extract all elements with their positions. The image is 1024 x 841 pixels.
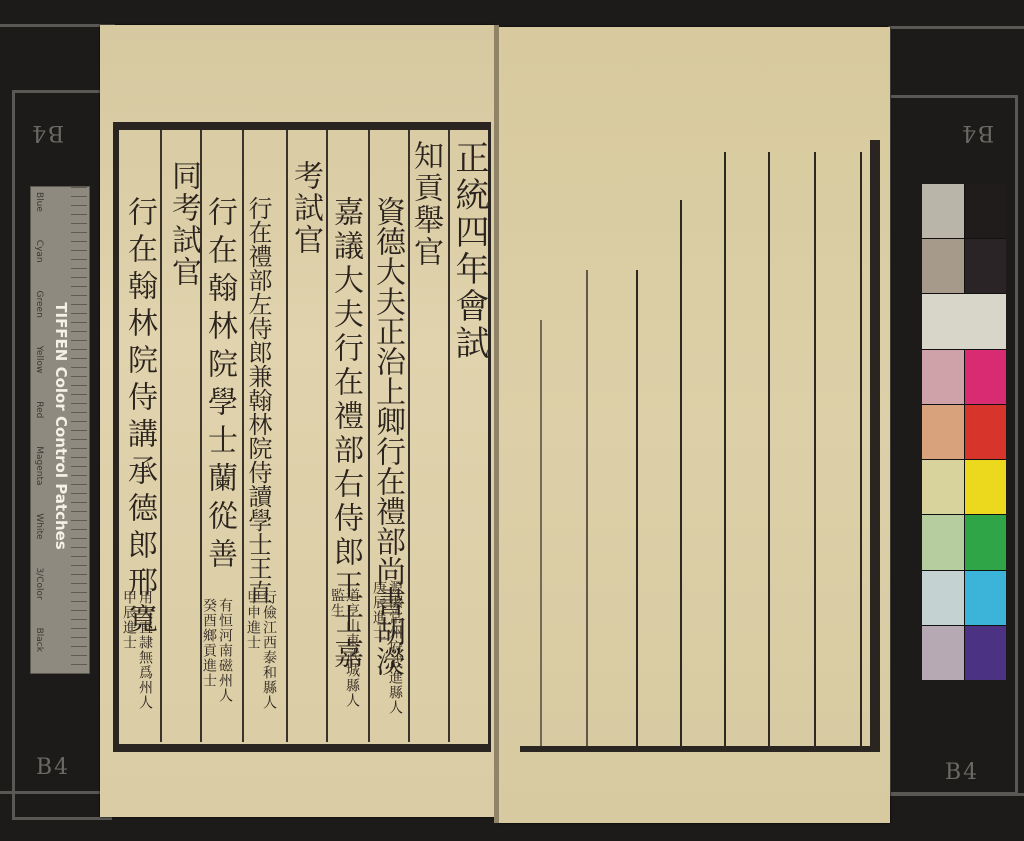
column-rule: [680, 200, 682, 750]
color-patch: [922, 239, 964, 293]
official-entry: 行在禮部左侍郎兼翰林院侍讀學士王直: [246, 196, 270, 604]
column-rule: [860, 152, 862, 750]
color-patch: [965, 184, 1007, 238]
official-note: 甲申進士: [246, 590, 260, 650]
color-control-ruler: TIFFEN Color Control Patches Blue Cyan G…: [30, 186, 90, 674]
color-patch: [965, 350, 1007, 404]
color-patch: [922, 571, 964, 625]
color-patch: [922, 460, 964, 514]
ruler-color-label: Magenta: [34, 446, 44, 485]
column-rule: [160, 130, 162, 742]
color-patch: [922, 350, 964, 404]
column-rule: [586, 270, 588, 750]
official-entry: 行在翰林院侍講承德郎邢寬: [124, 196, 154, 640]
official-note: 有恒河南磁州人: [218, 598, 232, 703]
color-patch: [965, 626, 1007, 680]
ruler-color-label: Yellow: [34, 346, 44, 374]
color-patch: [922, 294, 1006, 348]
grid-label: B4: [30, 120, 64, 145]
exam-title: 正統四年會試: [452, 140, 486, 362]
ruler-color-labels: Blue Cyan Green Yellow Red Magenta White…: [34, 192, 44, 652]
right-page-border: [520, 140, 880, 752]
color-patch: [922, 515, 964, 569]
color-patch-chart: [922, 184, 1006, 680]
heading-kaoshiguan: 考試官: [290, 160, 320, 256]
official-note: 行儉江西泰和縣人: [262, 590, 276, 710]
color-patch: [965, 239, 1007, 293]
official-note: 監生: [330, 588, 344, 618]
ruler-ticks: [71, 187, 87, 673]
official-note: 道亨山東武城縣人: [345, 588, 359, 708]
heading-tongkaoshiguan: 同考試官: [168, 160, 198, 288]
ruler-color-label: Red: [34, 401, 44, 418]
ruler-color-label: Cyan: [34, 240, 44, 263]
column-rule: [814, 152, 816, 750]
ruler-color-label: Blue: [34, 192, 44, 212]
official-note: 甲辰進士: [122, 590, 136, 650]
ruler-color-label: White: [34, 513, 44, 539]
color-patch: [922, 626, 964, 680]
color-patch: [922, 184, 964, 238]
color-patch: [965, 571, 1007, 625]
grid-label: B4: [945, 760, 979, 785]
official-note: 庚辰進士: [372, 580, 386, 640]
column-rule: [540, 320, 542, 750]
grid-label: B4: [960, 120, 994, 145]
official-note: 源潔常州府武進縣人: [388, 580, 402, 715]
color-patch: [922, 405, 964, 459]
book-spine: [494, 25, 499, 823]
grid-label: B4: [36, 755, 70, 780]
ruler-color-label: 3/Color: [34, 567, 44, 599]
color-patch: [965, 515, 1007, 569]
heading-zhigongju: 知貢舉官: [410, 140, 440, 268]
column-rule: [768, 152, 770, 750]
color-patch: [965, 405, 1007, 459]
official-entry: 行在翰林院學士蘭從善: [204, 196, 234, 576]
color-patch: [965, 460, 1007, 514]
official-note: 用大直隷無爲州人: [138, 590, 152, 710]
ruler-color-label: Green: [34, 291, 44, 318]
ruler-color-label: Black: [34, 628, 44, 652]
official-note: 癸酉鄉貢進士: [202, 598, 216, 688]
ruler-brand: TIFFEN Color Control Patches: [52, 196, 70, 656]
column-rule: [724, 152, 726, 750]
column-rule: [636, 270, 638, 750]
